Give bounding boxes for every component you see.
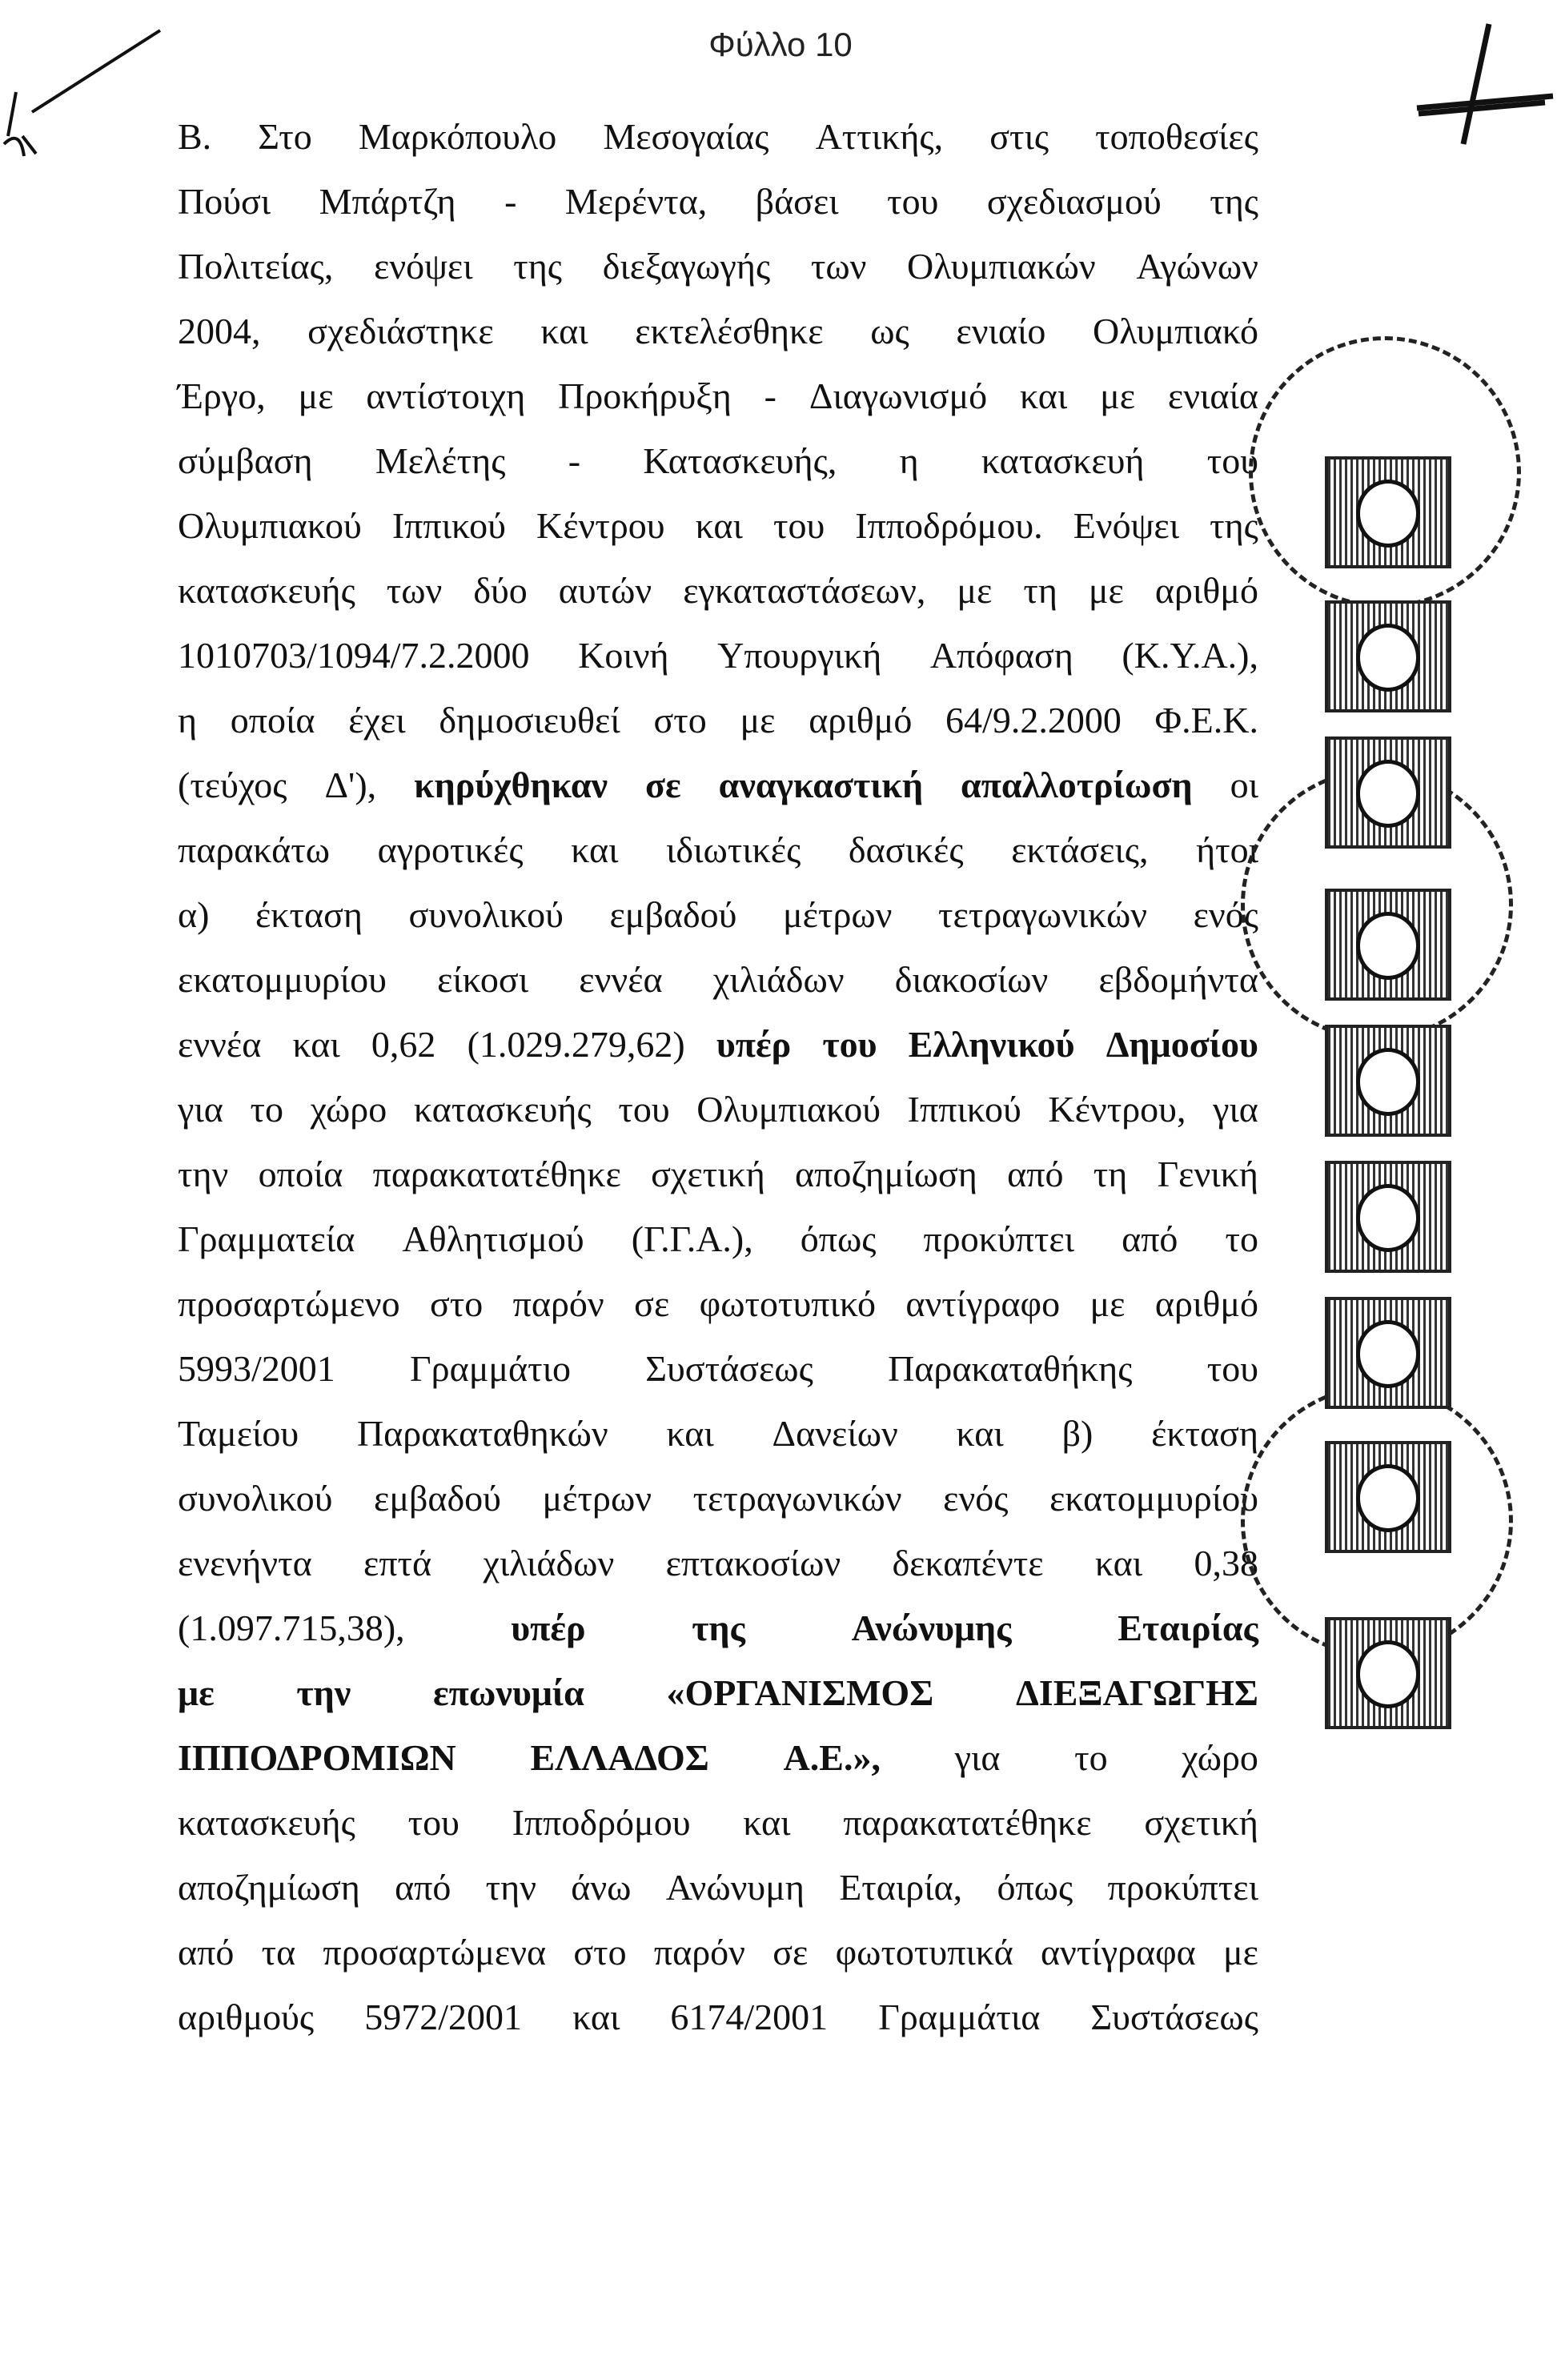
text-line: ΟλυμπιακούΙππικούΚέντρουκαιτουΙπποδρόμου… <box>178 493 1258 558</box>
text-line: κατασκευήςτουΙπποδρόμουκαιπαρακατατέθηκε… <box>178 1790 1258 1855</box>
text-line: (τεύχοςΔ'),κηρύχθηκανσεαναγκαστικήαπαλλο… <box>178 753 1258 817</box>
text-line: τηνοποίαπαρακατατέθηκεσχετικήαποζημίωσηα… <box>178 1142 1258 1206</box>
text-line: σύμβασηΜελέτης-Κατασκευής,ηκατασκευήτου <box>178 428 1258 493</box>
text-line: ηοποίαέχειδημοσιευθείστομεαριθμό64/9.2.2… <box>178 688 1258 753</box>
text-line: ΤαμείουΠαρακαταθηκώνκαιΔανείωνκαιβ)έκτασ… <box>178 1401 1258 1466</box>
text-line: Έργο,μεαντίστοιχηΠροκήρυξη-Διαγωνισμόκαι… <box>178 363 1258 428</box>
signature-mark-right <box>1401 16 1561 152</box>
text-line: 1010703/1094/7.2.2000ΚοινήΥπουργικήΑπόφα… <box>178 623 1258 688</box>
text-line: (1.097.715,38),υπέρτηςΑνώνυμηςΕταιρίας <box>178 1595 1258 1660</box>
text-line: Πολιτείας,ενόψειτηςδιεξαγωγήςτωνΟλυμπιακ… <box>178 234 1258 299</box>
text-line: κατασκευήςτωνδύοαυτώνεγκαταστάσεων,μετημ… <box>178 558 1258 623</box>
text-line: απόταπροσαρτώμεναστοπαρόνσεφωτοτυπικάαντ… <box>178 1920 1258 1985</box>
revenue-stamps <box>1249 336 1545 1897</box>
text-line: εκατομμυρίουείκοσιεννέαχιλιάδωνδιακοσίων… <box>178 947 1258 1012</box>
text-line: Β.ΣτοΜαρκόπουλοΜεσογαίαςΑττικής,στιςτοπο… <box>178 104 1258 169</box>
text-line: αποζημίωσηαπότηνάνωΑνώνυμηΕταιρία,όπωςπρ… <box>178 1855 1258 1920</box>
text-line: αριθμούς5972/2001και6174/2001ΓραμμάτιαΣυ… <box>178 1985 1258 2049</box>
signature-mark-left <box>0 16 176 168</box>
text-line: ΙΠΠΟΔΡΟΜΙΩΝΕΛΛΑΔΟΣΑ.Ε.»,γιατοχώρο <box>178 1725 1258 1790</box>
text-line: ΓραμματείαΑθλητισμού(Γ.Γ.Α.),όπωςπροκύπτ… <box>178 1206 1258 1271</box>
text-line: μετηνεπωνυμία«ΟΡΓΑΝΙΣΜΟΣΔΙΕΞΑΓΩΓΗΣ <box>178 1660 1258 1725</box>
text-line: ενενήνταεπτάχιλιάδωνεπτακοσίωνδεκαπέντεκ… <box>178 1531 1258 1595</box>
text-line: γιατοχώροκατασκευήςτουΟλυμπιακούΙππικούΚ… <box>178 1077 1258 1142</box>
page-header: Φύλλο 10 <box>0 26 1561 64</box>
document-body: Β.ΣτοΜαρκόπουλοΜεσογαίαςΑττικής,στιςτοπο… <box>178 104 1258 2049</box>
text-line: εννέακαι0,62(1.029.279,62)υπέρτουΕλληνικ… <box>178 1012 1258 1077</box>
text-line: ΠούσιΜπάρτζη-Μερέντα,βάσειτουσχεδιασμούτ… <box>178 169 1258 234</box>
text-line: συνολικούεμβαδούμέτρωντετραγωνικώνενόςεκ… <box>178 1466 1258 1531</box>
text-line: 5993/2001ΓραμμάτιοΣυστάσεωςΠαρακαταθήκης… <box>178 1336 1258 1401</box>
text-line: προσαρτώμενοστοπαρόνσεφωτοτυπικόαντίγραφ… <box>178 1271 1258 1336</box>
text-line: α)έκτασησυνολικούεμβαδούμέτρωντετραγωνικ… <box>178 882 1258 947</box>
text-line: παρακάτωαγροτικέςκαιιδιωτικέςδασικέςεκτά… <box>178 817 1258 882</box>
text-line: 2004,σχεδιάστηκεκαιεκτελέσθηκεωςενιαίοΟλ… <box>178 299 1258 363</box>
